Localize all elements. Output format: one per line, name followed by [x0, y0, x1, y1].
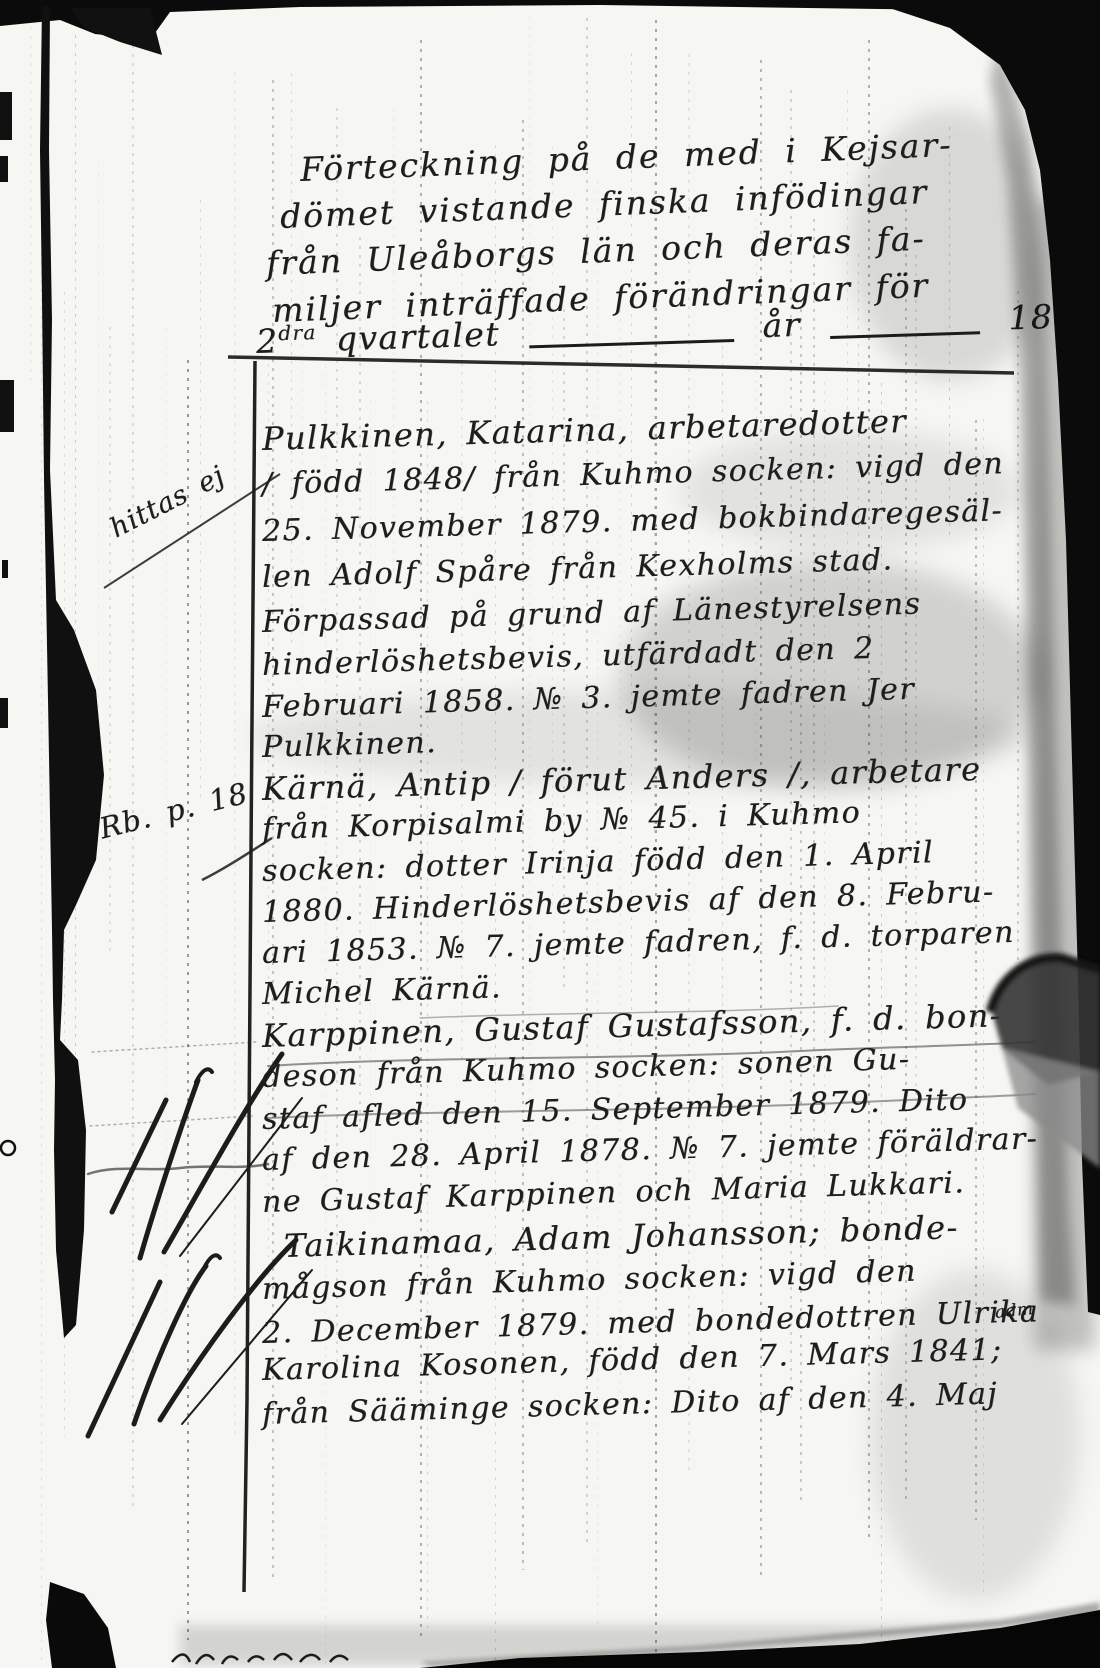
left-binding-band — [40, 6, 104, 1338]
film-edges — [0, 0, 1100, 1668]
bottom-left-blob — [46, 1582, 116, 1668]
left-edge-marks — [0, 92, 14, 728]
scanned-page: Förteckning på de med i Kejsar- dömet vi… — [0, 0, 1100, 1668]
left-edge-ring-mark — [1, 1141, 15, 1155]
top-left-wedge — [70, 8, 162, 55]
